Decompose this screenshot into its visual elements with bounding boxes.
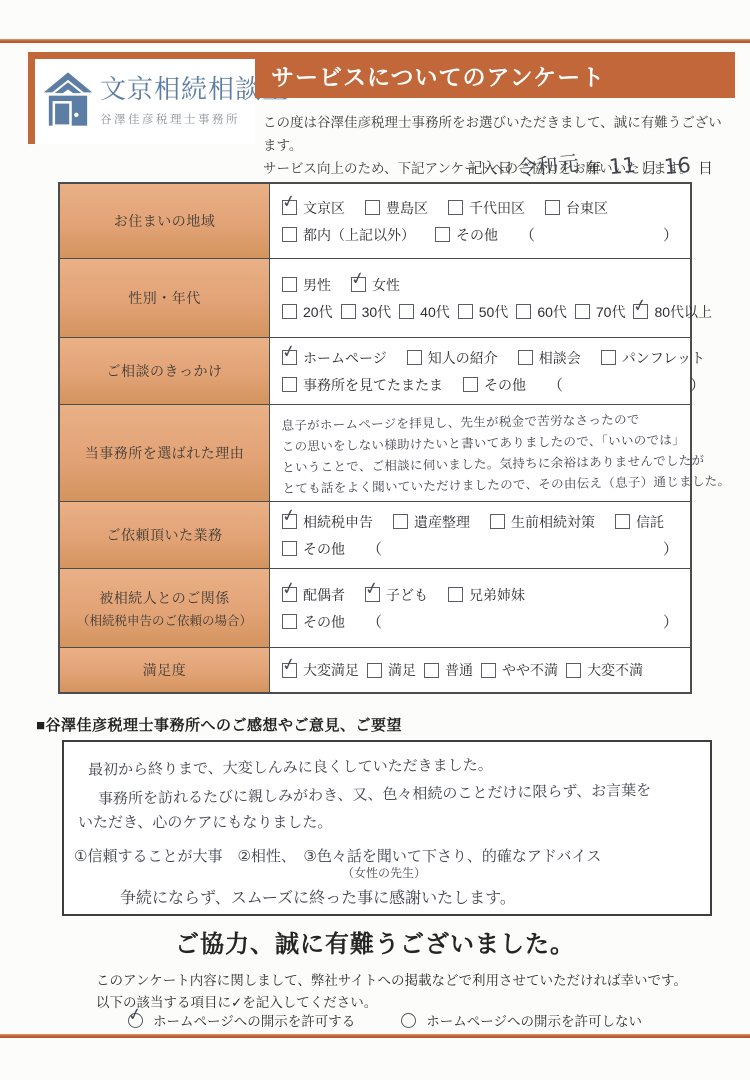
row-label: ご相談のきっかけ xyxy=(60,338,270,404)
check-icon: ✓ xyxy=(632,297,649,317)
open-paren: （ xyxy=(520,224,535,245)
option-label: 70代 xyxy=(596,302,626,322)
option-label: 信託 xyxy=(636,512,664,532)
survey-option[interactable]: 20代 xyxy=(282,302,333,322)
page-title: サービスについてのアンケート xyxy=(255,52,735,98)
option-label: 相談会 xyxy=(539,348,581,368)
checkbox-icon[interactable] xyxy=(407,350,422,365)
survey-option[interactable]: 普通 xyxy=(424,660,473,680)
option-line: その他（） xyxy=(282,608,678,635)
option-label: 台東区 xyxy=(566,198,608,218)
checkbox-icon[interactable] xyxy=(393,514,408,529)
survey-option[interactable]: その他 xyxy=(282,539,345,559)
option-line: 事務所を見てたまたまその他（） xyxy=(282,371,705,398)
survey-row: ご依頼頂いた業務✓相続税申告遺産整理生前相続対策信託その他（） xyxy=(60,502,690,569)
survey-option[interactable]: ✓子ども xyxy=(365,585,428,605)
era-unit: 年 xyxy=(586,157,601,178)
survey-option[interactable]: 生前相続対策 xyxy=(490,512,595,532)
checkbox-icon[interactable] xyxy=(490,514,505,529)
row-label: 被相続人とのご関係（相続税申告のご依頼の場合） xyxy=(60,569,270,647)
row-label-text: 満足度 xyxy=(143,660,187,680)
handwritten-answer: 息子がホームページを拝見し、先生が税金で苦労なさったのでこの思いをしない様助けた… xyxy=(281,407,730,499)
option-label: 満足 xyxy=(388,660,416,680)
house-logo-icon xyxy=(43,71,93,132)
survey-row: ご相談のきっかけ✓ホームページ知人の紹介相談会パンフレット事務所を見てたまたまそ… xyxy=(60,338,690,405)
survey-option[interactable]: 40代 xyxy=(399,302,450,322)
month-unit: 月 xyxy=(642,157,657,178)
survey-option[interactable]: 相談会 xyxy=(518,348,581,368)
checkbox-checked-icon[interactable]: ✓ xyxy=(282,663,297,678)
checkbox-icon[interactable] xyxy=(566,663,581,678)
checkbox-icon[interactable] xyxy=(399,304,414,319)
option-label: パンフレット xyxy=(622,348,705,368)
month-handwritten: 11 xyxy=(608,153,637,179)
open-paren: （ xyxy=(367,611,382,632)
checkbox-icon[interactable] xyxy=(518,350,533,365)
row-answers: 息子がホームページを拝見し、先生が税金で苦労なさったのでこの思いをしない様助けた… xyxy=(270,405,742,501)
option-label: 生前相続対策 xyxy=(511,512,595,532)
row-answers: ✓相続税申告遺産整理生前相続対策信託その他（） xyxy=(270,502,690,568)
checkbox-icon[interactable] xyxy=(575,304,590,319)
checkbox-icon[interactable] xyxy=(463,377,478,392)
survey-option[interactable]: 信託 xyxy=(615,512,664,532)
survey-option[interactable]: パンフレット xyxy=(601,348,705,368)
check-icon: ✓ xyxy=(280,507,297,527)
row-answers: ✓ホームページ知人の紹介相談会パンフレット事務所を見てたまたまその他（） xyxy=(270,338,717,404)
option-label: 大変満足 xyxy=(303,660,359,680)
option-label: その他 xyxy=(484,375,526,395)
survey-option[interactable]: 事務所を見てたまたま xyxy=(282,375,443,395)
option-label: その他 xyxy=(303,539,345,559)
checkbox-checked-icon[interactable]: ✓ xyxy=(282,350,297,365)
footer-note: このアンケート内容に関しまして、弊社サイトへの掲載などで利用させていただければ幸… xyxy=(96,970,687,1014)
disclosure-option-label: ホームページへの開示を許可しない xyxy=(426,1010,642,1030)
option-label: 男性 xyxy=(303,275,331,295)
check-icon: ✓ xyxy=(363,580,380,600)
checkbox-icon[interactable] xyxy=(448,200,463,215)
survey-option[interactable]: 豊島区 xyxy=(365,198,428,218)
disclosure-option[interactable]: ホームページへの開示を許可しない xyxy=(401,1010,642,1030)
survey-option[interactable]: 満足 xyxy=(367,660,416,680)
fill-date: 記入日 令和元 年 11 月 16 日 xyxy=(467,150,716,180)
comment-handwritten-line: 争続にならず、スムーズに終った事に感謝いたします。 xyxy=(120,884,700,912)
survey-row: 満足度✓大変満足満足普通やや不満大変不満 xyxy=(60,648,690,692)
option-label: 文京区 xyxy=(303,198,345,218)
survey-option[interactable]: 男性 xyxy=(282,275,331,295)
checkbox-icon[interactable] xyxy=(435,227,450,242)
option-label: その他 xyxy=(303,612,345,632)
radio-icon[interactable] xyxy=(401,1013,416,1028)
disclosure-options: ✓ホームページへの開示を許可するホームページへの開示を許可しない xyxy=(128,1010,642,1030)
disclosure-option[interactable]: ✓ホームページへの開示を許可する xyxy=(128,1010,355,1030)
checkbox-icon[interactable] xyxy=(424,663,439,678)
option-label: 50代 xyxy=(479,302,509,322)
logo-box: 文京相続相談室 谷澤佳彦税理士事務所 xyxy=(28,52,255,144)
option-label: 遺産整理 xyxy=(414,512,470,532)
open-paren: （ xyxy=(548,374,563,395)
survey-table: お住まいの地域✓文京区豊島区千代田区台東区都内（上記以外）その他（）性別・年代男… xyxy=(58,182,692,694)
checkbox-icon[interactable] xyxy=(282,541,297,556)
option-label: 配偶者 xyxy=(303,585,345,605)
survey-option[interactable]: ✓80代以上 xyxy=(633,302,712,322)
date-label: 記入日 xyxy=(467,157,512,178)
checkbox-icon[interactable] xyxy=(516,304,531,319)
row-label-text: 被相続人とのご関係 xyxy=(99,588,230,608)
survey-option[interactable]: 兄弟姉妹 xyxy=(448,585,525,605)
survey-option[interactable]: ✓相続税申告 xyxy=(282,512,373,532)
option-label: 知人の紹介 xyxy=(428,348,498,368)
row-answers: ✓大変満足満足普通やや不満大変不満 xyxy=(270,648,690,692)
survey-option[interactable]: その他 xyxy=(463,375,526,395)
option-line: その他（） xyxy=(282,535,678,562)
check-icon: ✓ xyxy=(280,193,297,213)
comment-handwritten-line: いただき、心のケアにもなりました。 xyxy=(78,808,700,836)
survey-option[interactable]: ✓文京区 xyxy=(282,198,345,218)
survey-row: 性別・年代男性✓女性20代30代40代50代60代70代✓80代以上 xyxy=(60,259,690,338)
close-paren: ） xyxy=(663,224,678,245)
survey-option[interactable]: 知人の紹介 xyxy=(407,348,498,368)
checkbox-icon[interactable] xyxy=(615,514,630,529)
option-label: その他 xyxy=(456,225,498,245)
option-label: やや不満 xyxy=(502,660,558,680)
option-line: ✓ホームページ知人の紹介相談会パンフレット xyxy=(282,344,705,371)
option-label: 子ども xyxy=(386,585,428,605)
option-label: 20代 xyxy=(303,302,333,322)
row-answers: ✓文京区豊島区千代田区台東区都内（上記以外）その他（） xyxy=(270,184,690,258)
row-label: お住まいの地域 xyxy=(60,184,270,258)
row-answers: ✓配偶者✓子ども兄弟姉妹その他（） xyxy=(270,569,690,647)
checkbox-icon[interactable] xyxy=(601,350,616,365)
option-label: 都内（上記以外） xyxy=(303,225,415,245)
option-line: ✓配偶者✓子ども兄弟姉妹 xyxy=(282,581,678,608)
option-label: 40代 xyxy=(420,302,450,322)
row-label: 満足度 xyxy=(60,648,270,692)
day-handwritten: 16 xyxy=(663,153,692,179)
survey-row: 当事務所を選ばれた理由息子がホームページを拝見し、先生が税金で苦労なさったのでこ… xyxy=(60,405,690,502)
checkbox-icon[interactable] xyxy=(545,200,560,215)
footer-note-line-1: このアンケート内容に関しまして、弊社サイトへの掲載などで利用させていただければ幸… xyxy=(96,970,687,992)
checkbox-icon[interactable] xyxy=(341,304,356,319)
top-orange-rule xyxy=(0,39,750,43)
check-icon: ✓ xyxy=(349,270,366,290)
option-line: ✓文京区豊島区千代田区台東区 xyxy=(282,194,678,221)
option-label: 大変不満 xyxy=(587,660,643,680)
thanks-message: ご協力、誠に有難うございました。 xyxy=(0,924,750,959)
radio-checked-icon[interactable]: ✓ xyxy=(128,1013,143,1028)
survey-option[interactable]: 60代 xyxy=(516,302,567,322)
close-paren: ） xyxy=(663,538,678,559)
checkbox-checked-icon[interactable]: ✓ xyxy=(282,200,297,215)
option-line: ✓相続税申告遺産整理生前相続対策信託 xyxy=(282,508,678,535)
survey-option[interactable]: 大変不満 xyxy=(566,660,643,680)
survey-row: お住まいの地域✓文京区豊島区千代田区台東区都内（上記以外）その他（） xyxy=(60,184,690,259)
checkbox-icon[interactable] xyxy=(282,277,297,292)
checkbox-icon[interactable] xyxy=(282,227,297,242)
survey-option[interactable]: ✓配偶者 xyxy=(282,585,345,605)
option-label: 事務所を見てたまたま xyxy=(303,375,443,395)
checkbox-icon[interactable] xyxy=(367,663,382,678)
survey-row: 被相続人とのご関係（相続税申告のご依頼の場合）✓配偶者✓子ども兄弟姉妹その他（） xyxy=(60,569,690,648)
survey-option[interactable]: 30代 xyxy=(341,302,392,322)
survey-option[interactable]: 70代 xyxy=(575,302,626,322)
survey-option[interactable]: 千代田区 xyxy=(448,198,525,218)
survey-option[interactable]: 都内（上記以外） xyxy=(282,225,415,245)
option-label: 豊島区 xyxy=(386,198,428,218)
row-label-text: （相続税申告のご依頼の場合） xyxy=(77,611,252,629)
row-label: ご依頼頂いた業務 xyxy=(60,502,270,568)
survey-option[interactable]: ✓大変満足 xyxy=(282,660,359,680)
option-label: 兄弟姉妹 xyxy=(469,585,525,605)
row-label: 性別・年代 xyxy=(60,259,270,337)
comments-heading: ■谷澤佳彦税理士事務所へのご感想やご意見、ご要望 xyxy=(36,714,402,735)
option-label: 相続税申告 xyxy=(303,512,373,532)
checkbox-icon[interactable] xyxy=(365,200,380,215)
survey-option[interactable]: ✓女性 xyxy=(351,275,400,295)
disclosure-option-label: ホームページへの開示を許可する xyxy=(153,1010,355,1030)
survey-option[interactable]: 台東区 xyxy=(545,198,608,218)
bottom-orange-rule xyxy=(0,1034,750,1038)
row-answers: 男性✓女性20代30代40代50代60代70代✓80代以上 xyxy=(270,259,724,337)
checkbox-checked-icon[interactable]: ✓ xyxy=(365,587,380,602)
survey-option[interactable]: 50代 xyxy=(458,302,509,322)
row-label-text: ご相談のきっかけ xyxy=(107,361,223,381)
survey-option[interactable]: その他 xyxy=(282,612,345,632)
survey-scan-page: 文京相続相談室 谷澤佳彦税理士事務所 サービスについてのアンケート この度は谷澤… xyxy=(0,0,750,1080)
open-paren: （ xyxy=(367,538,382,559)
checkbox-icon[interactable] xyxy=(458,304,473,319)
check-icon: ✓ xyxy=(280,580,297,600)
option-label: 80代以上 xyxy=(654,302,712,322)
option-label: 千代田区 xyxy=(469,198,525,218)
survey-option[interactable]: 遺産整理 xyxy=(393,512,470,532)
survey-option[interactable]: やや不満 xyxy=(481,660,558,680)
checkbox-checked-icon[interactable]: ✓ xyxy=(282,587,297,602)
survey-option[interactable]: その他 xyxy=(435,225,498,245)
checkbox-checked-icon[interactable]: ✓ xyxy=(351,277,366,292)
comments-box: 最初から終りまで、大変しんみに良くしていただきました。事務所を訪れるたびに親しみ… xyxy=(62,740,712,916)
row-label: 当事務所を選ばれた理由 xyxy=(60,405,270,501)
checkbox-checked-icon[interactable]: ✓ xyxy=(282,514,297,529)
option-label: 60代 xyxy=(537,302,567,322)
check-icon: ✓ xyxy=(280,655,297,675)
option-line: 男性✓女性 xyxy=(282,271,712,298)
option-label: 30代 xyxy=(362,302,392,322)
close-paren: ） xyxy=(663,611,678,632)
survey-option[interactable]: ✓ホームページ xyxy=(282,348,387,368)
option-line: 20代30代40代50代60代70代✓80代以上 xyxy=(282,298,712,325)
check-icon: ✓ xyxy=(280,343,297,363)
row-label-text: 性別・年代 xyxy=(128,288,201,308)
era-handwritten: 令和元 xyxy=(515,147,580,182)
row-label-text: 当事務所を選ばれた理由 xyxy=(85,443,245,463)
option-line: 都内（上記以外）その他（） xyxy=(282,221,678,248)
checkbox-checked-icon[interactable]: ✓ xyxy=(633,304,648,319)
checkbox-icon[interactable] xyxy=(282,377,297,392)
row-label-text: ご依頼頂いた業務 xyxy=(107,525,223,545)
checkbox-icon[interactable] xyxy=(282,304,297,319)
close-paren: ） xyxy=(690,374,705,395)
option-label: 女性 xyxy=(372,275,400,295)
option-line: ✓大変満足満足普通やや不満大変不満 xyxy=(282,657,678,684)
day-unit: 日 xyxy=(698,157,713,178)
checkbox-icon[interactable] xyxy=(481,663,496,678)
checkbox-icon[interactable] xyxy=(282,614,297,629)
option-label: ホームページ xyxy=(303,348,387,368)
checkbox-icon[interactable] xyxy=(448,587,463,602)
option-label: 普通 xyxy=(445,660,473,680)
row-label-text: お住まいの地域 xyxy=(114,211,216,231)
